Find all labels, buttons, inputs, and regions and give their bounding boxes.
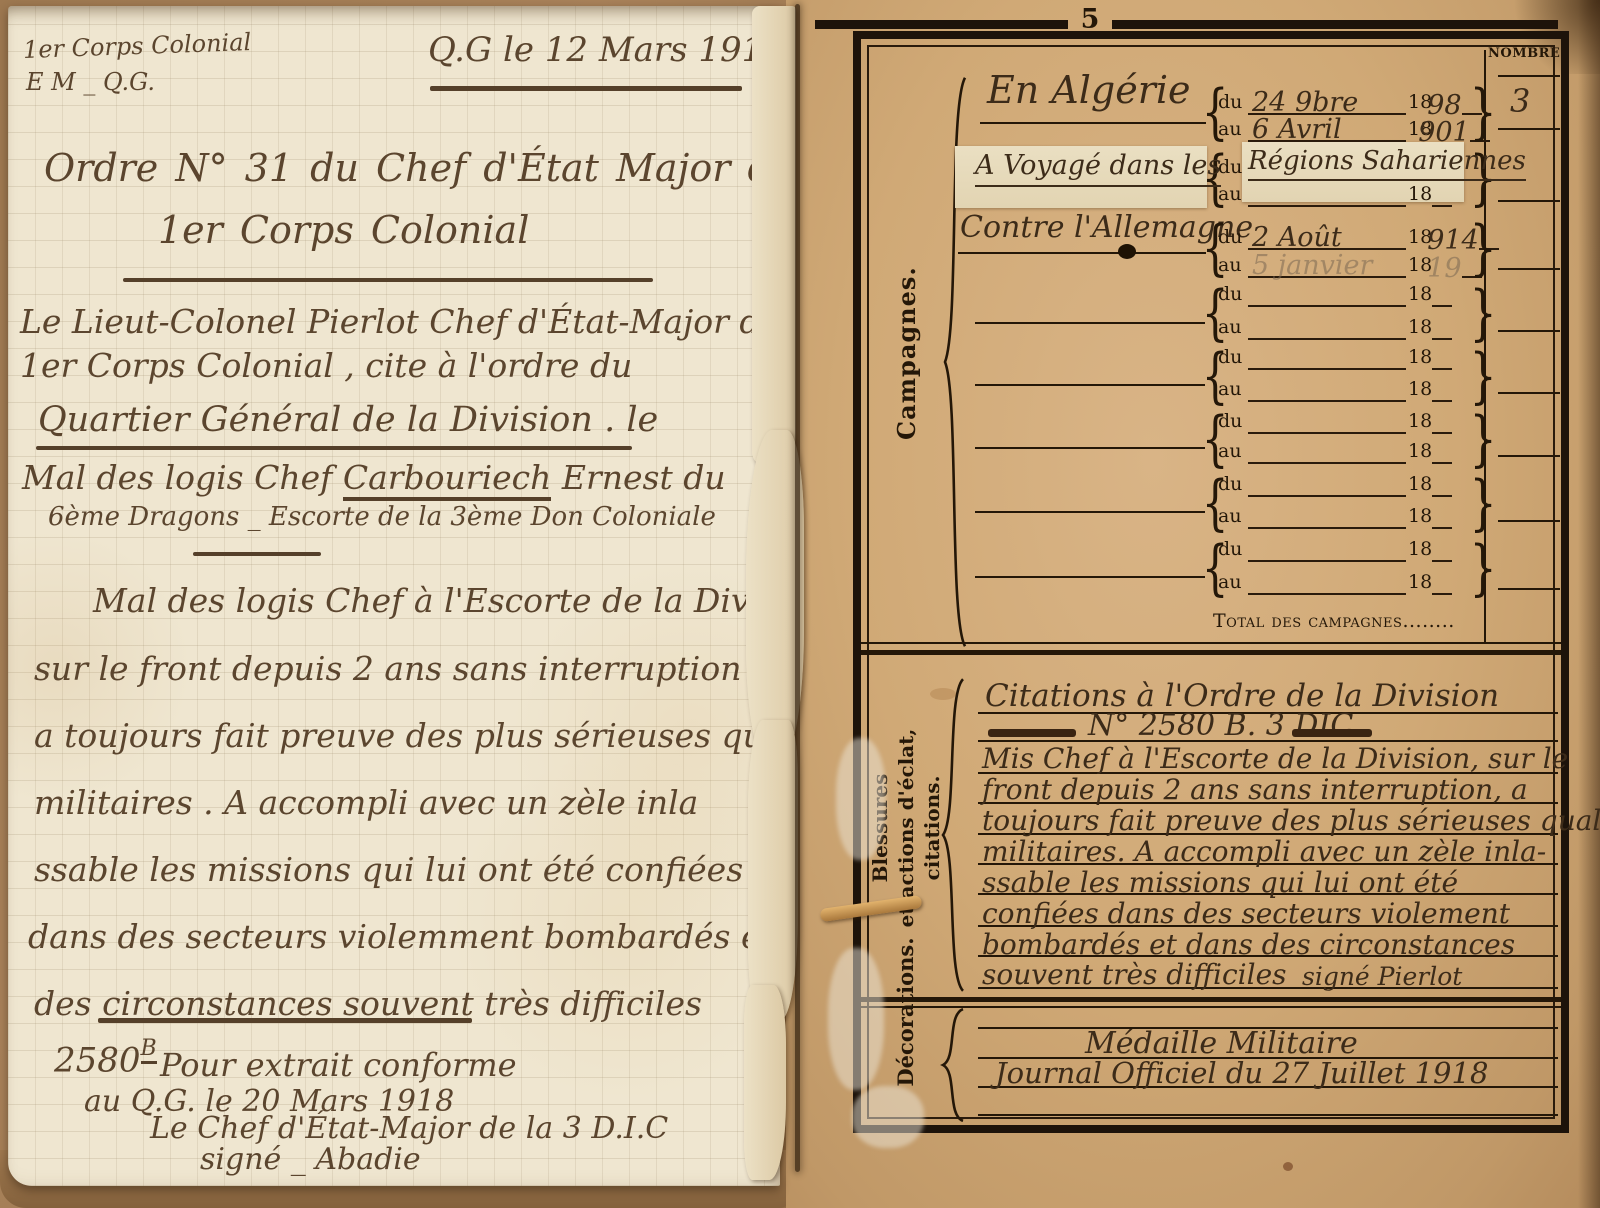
campaign-7-name-line [975, 511, 1205, 513]
campaign-3-du-row: du2 Août18914 [1218, 222, 1499, 250]
nombre-cell-line [1498, 128, 1560, 130]
au-label: au [1218, 503, 1248, 529]
closing-brace: } [1470, 344, 1497, 408]
reference-number: 2580 [54, 1040, 141, 1080]
closing-brace: } [1470, 536, 1497, 600]
closing-brace: } [1470, 471, 1497, 535]
citation-line3: Mis Chef à l'Escorte de la Division, sur… [982, 742, 1568, 775]
year-prefix: 18 [1408, 181, 1432, 207]
order-body-line1: Le Lieut-Colonel Pierlot Chef d'État-Maj… [20, 302, 780, 341]
campaign-2-du-value: Régions Sahariennes [1248, 146, 1526, 181]
year-prefix: 18 [1408, 503, 1432, 529]
au-label: au [1218, 376, 1248, 402]
citation-signature: signé Pierlot [1302, 962, 1462, 991]
du-label: du [1218, 224, 1248, 250]
citation-line6: militaires. A accompli avec un zèle inla… [982, 835, 1546, 868]
citation-text-line3: a toujours fait preuve des plus sérieuse… [34, 716, 780, 755]
order-body-line5: 6ème Dragons _ Escorte de la 3ème Don Co… [48, 502, 716, 532]
campaign-8-du-row: du18 [1218, 534, 1452, 562]
tape-patch [852, 1086, 924, 1148]
year-prefix: 18 [1408, 408, 1432, 434]
au-label: au [1218, 252, 1248, 278]
citations-brace [939, 676, 965, 994]
year-prefix: 18 [1408, 438, 1432, 464]
nombre-cell-line [1498, 75, 1560, 77]
campaign-1-au-value: 6 Avril [1252, 114, 1342, 145]
decoration-gazette-reference: Journal Officiel du 27 Juillet 1918 [995, 1056, 1488, 1090]
campaign-7-au-row: au18 [1218, 501, 1452, 529]
au-label: au [1218, 438, 1248, 464]
title-rule [123, 278, 653, 282]
campaign-1-name-line [980, 122, 1206, 124]
campaign-1-au-row: au6 Avril18901 [1218, 114, 1490, 142]
campaign-3-name-line [958, 252, 1206, 254]
campaign-4-du-row: du18 [1218, 279, 1452, 307]
citation-order-number: N° 2580 B. 3 DIC. [1088, 708, 1362, 743]
division-underline [36, 446, 632, 450]
page-edge-shadow [1578, 0, 1600, 1208]
dateline-underline [430, 86, 742, 91]
staff-heading: E M _ Q.G. [26, 68, 155, 96]
footer-signature: signé _ Abadie [200, 1142, 421, 1177]
year-tail-line [1432, 567, 1452, 595]
year-tail-line [1432, 406, 1452, 434]
citation-text-line4: militaires . A accompli avec un zèle inl… [34, 783, 698, 822]
du-label: du [1218, 281, 1248, 307]
campaign-5-name-line [975, 384, 1205, 386]
campaign-2-au-row: au18 [1218, 179, 1452, 207]
tape-patch [828, 948, 884, 1090]
citation-text-line2: sur le front depuis 2 ans sans interrupt… [34, 649, 742, 688]
torn-page-edge [744, 985, 786, 1180]
ink-blot [1118, 244, 1136, 259]
year-prefix: 18 [1408, 569, 1432, 595]
cited-rank: Mal des logis Chef [22, 458, 332, 497]
footer-signatory-title: Le Chef d'État-Major de la 3 D.I.C [150, 1111, 668, 1146]
year-tail-line [1432, 179, 1452, 207]
citation-text-line1: Mal des logis Chef à l'Escorte de la Div… [93, 581, 780, 620]
heavy-dash [1292, 729, 1372, 737]
du-label: du [1218, 471, 1248, 497]
campaign-3-au-row: au5 janvier1819 [1218, 250, 1482, 278]
burnt-gutter-line [795, 4, 800, 1172]
closing-brace: } [1470, 407, 1497, 471]
campagnes-section-label: Campagnes. [892, 290, 920, 440]
campaign-3-du-value: 2 Août [1252, 222, 1342, 253]
citation-line8: confiées dans des secteurs violement [982, 897, 1510, 930]
unit-heading: 1er Corps Colonial [23, 28, 252, 64]
year-tail-line [1432, 534, 1452, 562]
year-tail-line [1432, 436, 1452, 464]
citations-label-line2: et actions d'éclat, [893, 703, 919, 953]
du-label: du [1218, 89, 1248, 115]
citation-line7: ssable les missions qui lui ont été [982, 866, 1458, 899]
order-body-line3: Quartier Général de la Division [38, 400, 593, 440]
citation-line10: souvent très difficiles [982, 958, 1287, 991]
year-tail-line [1432, 279, 1452, 307]
nombre-cell-line [1498, 588, 1560, 590]
order-body-line2: 1er Corps Colonial , cite à l'ordre du [20, 346, 632, 385]
dateline: Q.G le 12 Mars 1918 [428, 30, 780, 70]
year-prefix: 18 [1408, 314, 1432, 340]
campaign-5-au-row: au18 [1218, 374, 1452, 402]
certified-copy-line: Pour extrait conforme [160, 1046, 517, 1084]
decoration-ruled-line [978, 1114, 1558, 1116]
citation-line4: front depuis 2 ans sans interruption, a [982, 773, 1528, 806]
cited-firstname: Ernest du [562, 458, 726, 497]
section-divider-thin [861, 1006, 1561, 1008]
closing-brace: } [1470, 281, 1497, 345]
separator-rule [193, 552, 321, 556]
decorations-section-label: Décorations. [893, 937, 919, 1087]
campaign-1-du-row: du24 9bre1898 [1218, 87, 1482, 115]
reference-suffix: B [141, 1036, 157, 1064]
campaign-6-au-row: au18 [1218, 436, 1452, 464]
left-page: 1er Corps Colonial E M _ Q.G. Q.G le 12 … [8, 6, 780, 1186]
du-label: du [1218, 536, 1248, 562]
nombre-cell-line [1498, 268, 1560, 270]
citation-line9: bombardés et dans des circonstances [982, 928, 1515, 961]
section-divider-thick [861, 997, 1561, 1002]
top-border-right-segment [1112, 20, 1558, 29]
torn-page-edge [748, 720, 798, 1020]
au-label: au [1218, 569, 1248, 595]
citation-line5: toujours fait preuve des plus sérieuses … [982, 804, 1600, 837]
campaign-7-du-row: du18 [1218, 469, 1452, 497]
closing-brace: } [1470, 216, 1497, 280]
nombre-cell-line [1498, 455, 1560, 457]
campaign-8-name-line [975, 576, 1205, 578]
nombre-cell-line [1498, 330, 1560, 332]
campaign-2-name: A Voyagé dans les [975, 150, 1221, 187]
year-tail-line [1432, 501, 1452, 529]
campaign-8-au-row: au18 [1218, 567, 1452, 595]
torn-page-edge [752, 6, 796, 466]
citation-text-line5: ssable les missions qui lui ont été conf… [34, 850, 743, 889]
citation-text-line6: dans des secteurs violemment bombardés e… [28, 917, 780, 956]
footer-rule [98, 1018, 472, 1023]
campaign-6-name-line [975, 447, 1205, 449]
du-label: du [1218, 408, 1248, 434]
nombre-cell-line [1498, 520, 1560, 522]
campaign-1-name: En Algérie [987, 68, 1191, 112]
year-tail-line [1432, 469, 1452, 497]
nombre-cell-line [1498, 392, 1560, 394]
year-prefix: 18 [1408, 344, 1432, 370]
tape-patch [836, 738, 886, 860]
year-prefix: 18 [1408, 471, 1432, 497]
nombre-cell-line [1498, 200, 1560, 202]
du-label: du [1218, 344, 1248, 370]
au-label: au [1218, 181, 1248, 207]
top-border-left-segment [815, 20, 1068, 29]
closing-brace: } [1470, 80, 1497, 144]
year-tail-line [1432, 374, 1452, 402]
campaign-4-au-row: au18 [1218, 312, 1452, 340]
heavy-dash [988, 729, 1076, 737]
stain [1283, 1162, 1293, 1171]
year-tail-line [1432, 312, 1452, 340]
order-title-line1: Ordre N° 31 du Chef d'État Major du [44, 146, 780, 190]
scanned-military-record: 1er Corps Colonial E M _ Q.G. Q.G le 12 … [0, 0, 1600, 1208]
year-prefix: 18 [1408, 536, 1432, 562]
campaign-5-du-row: du18 [1218, 342, 1452, 370]
year-tail-line [1432, 342, 1452, 370]
au-label: au [1218, 116, 1248, 142]
order-title-line2: 1er Corps Colonial [158, 208, 529, 252]
campaign-6-du-row: du18 [1218, 406, 1452, 434]
year-prefix: 18 [1408, 281, 1432, 307]
au-label: au [1218, 314, 1248, 340]
decorations-brace [939, 1008, 965, 1122]
campaign-4-name-line [975, 322, 1205, 324]
campaign-3-au-value-pencil: 5 janvier [1252, 250, 1372, 281]
year-prefix: 18 [1408, 376, 1432, 402]
order-body-line3-tail: . le [604, 400, 658, 440]
cited-name: Carbouriech [343, 458, 552, 501]
